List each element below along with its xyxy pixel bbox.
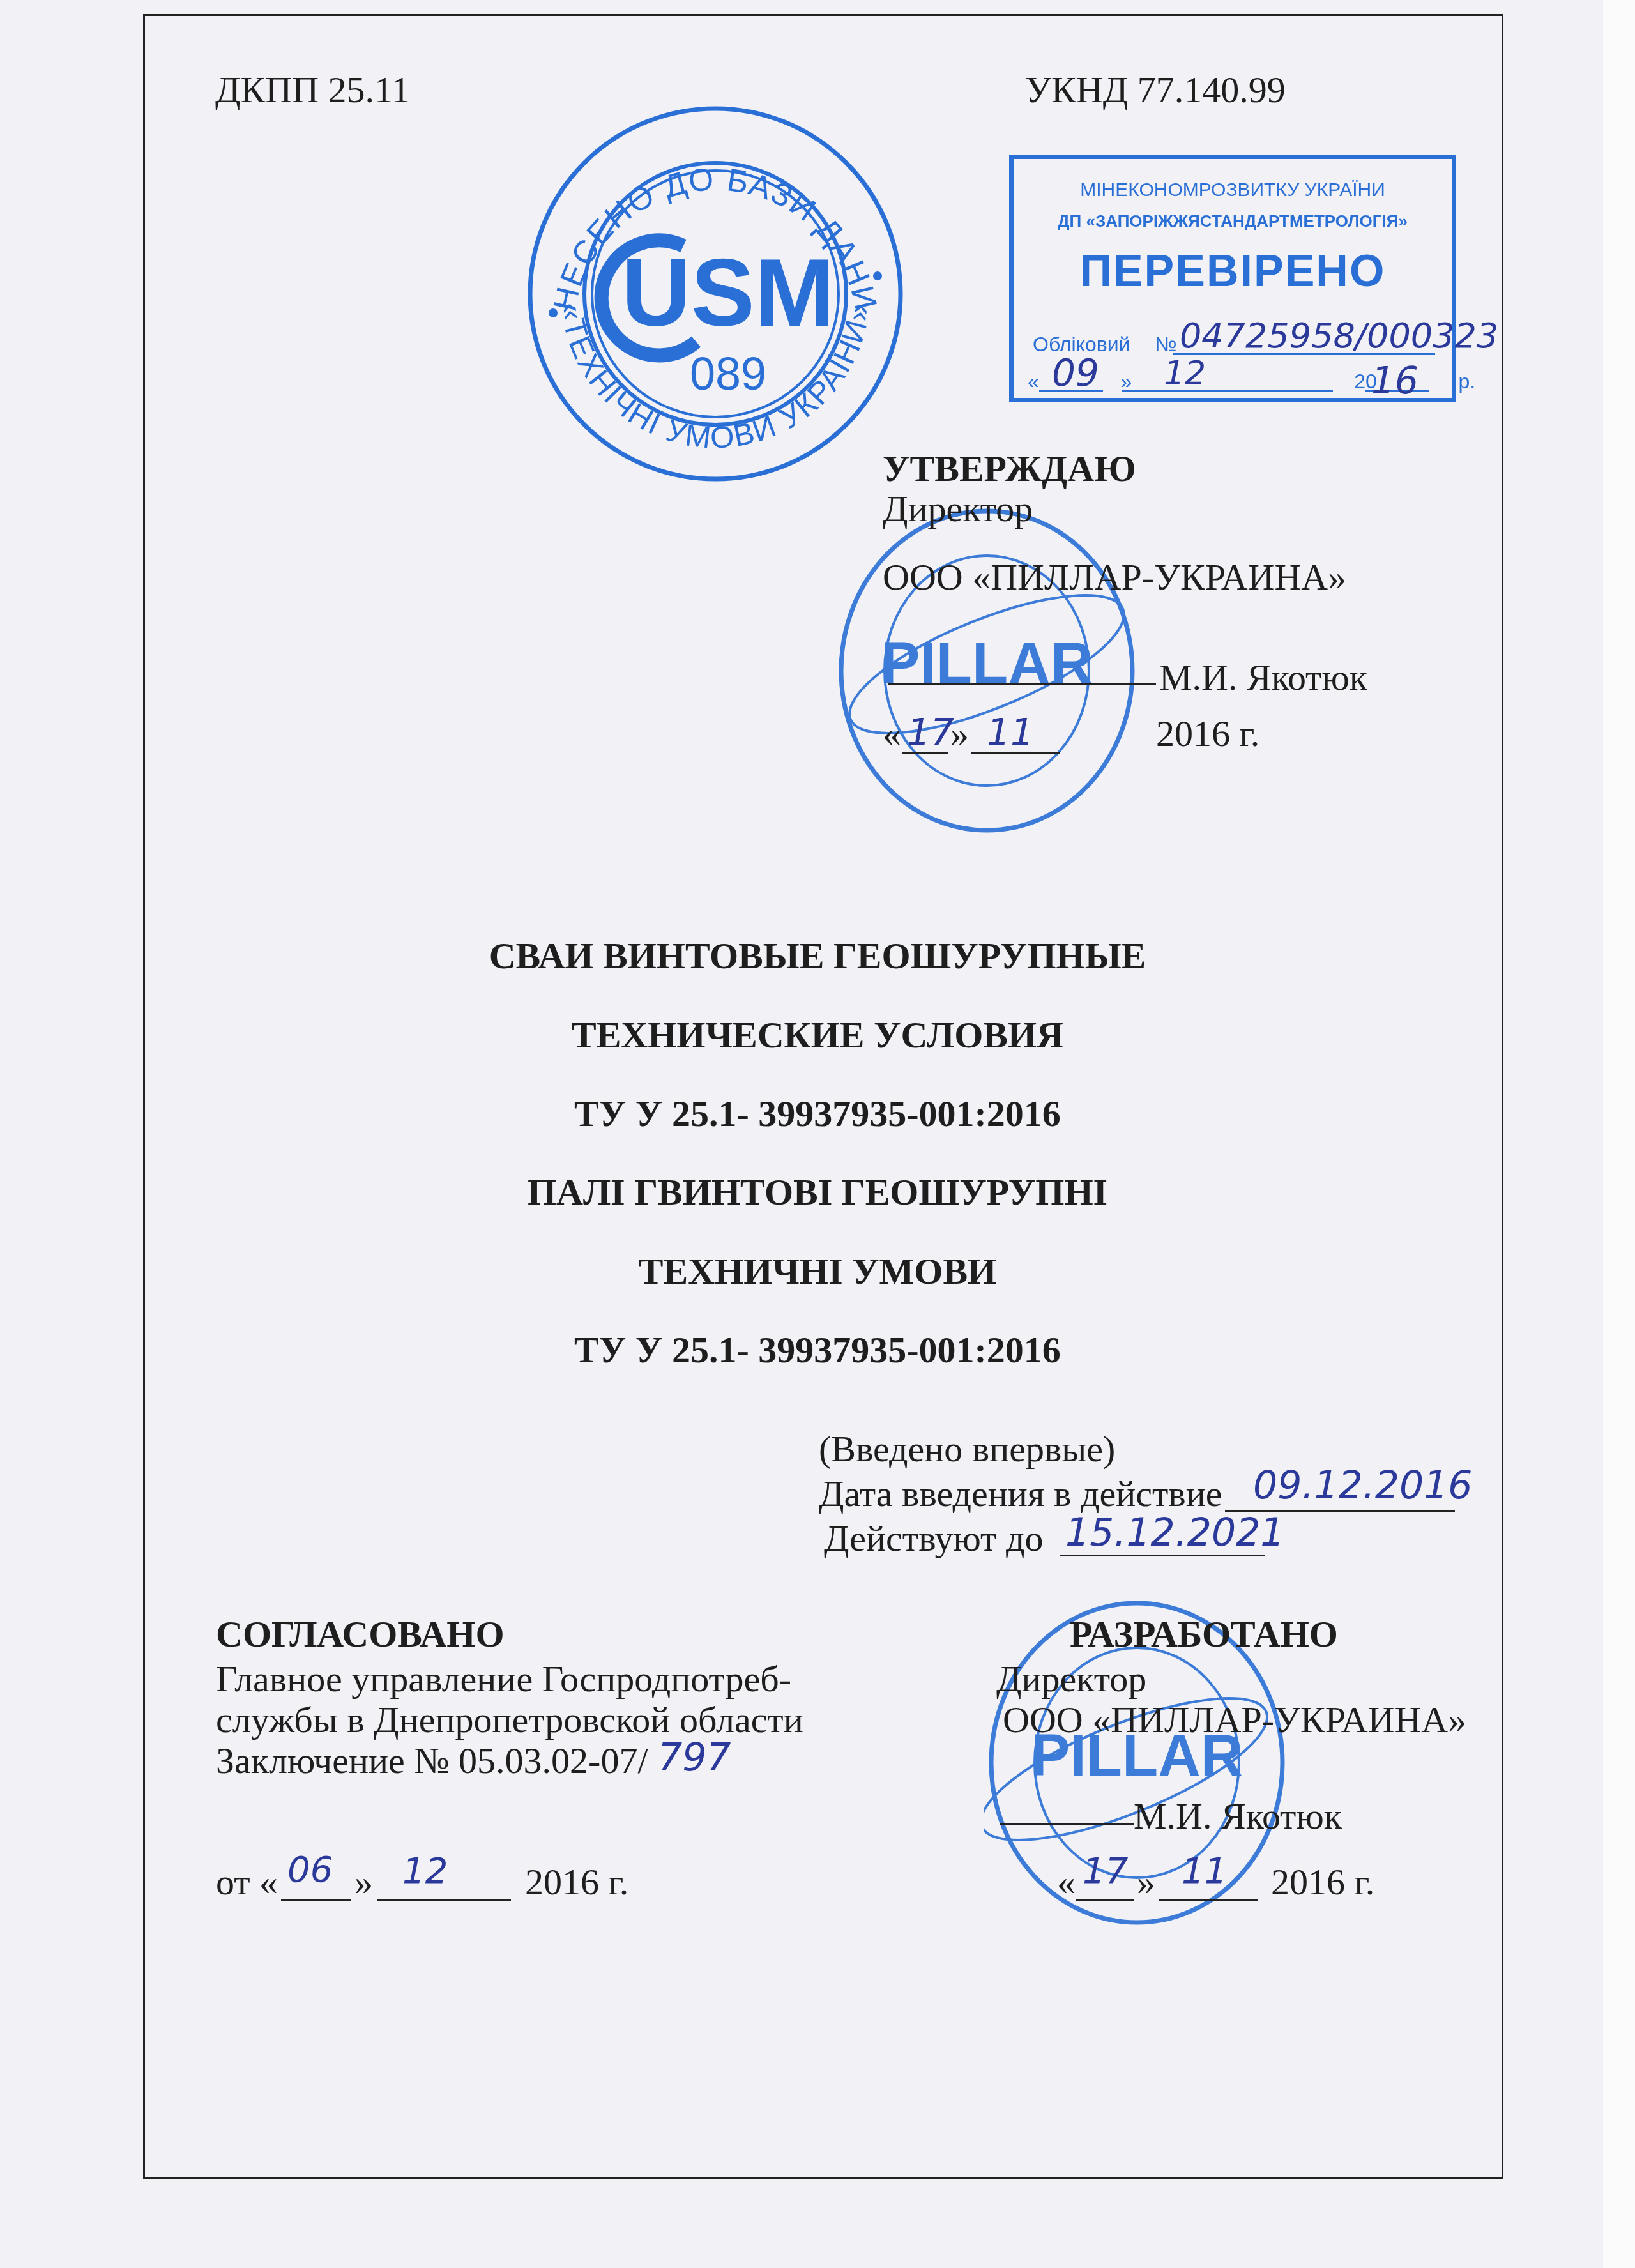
usm-database-stamp: ВНЕСЕНО ДО БАЗИ ДАНИХ «ТЕХНІЧНІ УМОВИ УК…	[524, 102, 907, 485]
stamp-day: 09	[1052, 354, 1099, 392]
stamp-account-number: 04725958/000323	[1180, 319, 1498, 353]
agreed-line-1: Главное управление Госпродпотреб-	[216, 1661, 791, 1698]
agreed-conclusion-label: Заключение № 05.03.02-07/	[216, 1742, 648, 1779]
agreed-year: 2016 г.	[525, 1864, 628, 1901]
developed-month: 11	[1182, 1853, 1227, 1889]
developed-company: ООО «ПИЛЛАР-УКРАИНА»	[1003, 1701, 1466, 1739]
scan-edge	[1603, 0, 1635, 2268]
agreed-month: 12	[402, 1853, 448, 1889]
approval-month: 11	[987, 714, 1034, 751]
approval-position: Директор	[883, 491, 1033, 528]
developed-signature-line	[1000, 1823, 1134, 1825]
stamp-date-close-quote: »	[1121, 370, 1132, 393]
stamp-date-open-quote: «	[1028, 370, 1039, 393]
developed-position: Директор	[996, 1661, 1146, 1698]
title-line-5: ТЕХНИЧНІ УМОВИ	[0, 1253, 1635, 1290]
approval-date-open-quote: «	[883, 715, 901, 752]
title-line-4: ПАЛІ ГВИНТОВІ ГЕОШУРУПНІ	[0, 1174, 1635, 1211]
approval-heading: УТВЕРЖДАЮ	[883, 450, 1136, 487]
approval-date-close-quote: »	[950, 715, 969, 752]
stamp-month-underline	[1122, 390, 1333, 392]
developed-month-underline	[1159, 1899, 1258, 1901]
approval-day: 17	[907, 714, 954, 751]
approval-signature-line	[888, 683, 1156, 685]
stamp-number-sign: №	[1155, 333, 1176, 356]
developed-year: 2016 г.	[1271, 1864, 1374, 1901]
usm-number: 089	[690, 349, 766, 400]
developed-heading: РАЗРАБОТАНО	[1070, 1616, 1338, 1653]
stamp-year-unit: р.	[1459, 370, 1476, 393]
approval-signatory: М.И. Якотюк	[1159, 659, 1367, 696]
usm-logo-text: USM	[621, 239, 834, 346]
agreed-heading: СОГЛАСОВАНО	[216, 1616, 505, 1653]
stamp-month: 12	[1164, 357, 1206, 390]
pillar-logo-text: PILLAR	[881, 631, 1093, 696]
agreed-conclusion-number: 797	[658, 1739, 731, 1777]
developed-day: 17	[1083, 1853, 1128, 1889]
agreed-month-underline	[377, 1899, 511, 1901]
effective-date-label: Дата введения в действие	[819, 1475, 1222, 1512]
uknd-code: УКНД 77.140.99	[1025, 72, 1286, 109]
effective-date-value: 09.12.2016	[1253, 1466, 1473, 1505]
introduced-note: (Введено впервые)	[819, 1431, 1115, 1468]
agreed-date-close-quote: »	[354, 1864, 373, 1901]
valid-until-label: Действуют до	[824, 1520, 1043, 1557]
title-line-6: ТУ У 25.1- 39937935-001:2016	[0, 1332, 1635, 1369]
stamp-year-suffix: 16	[1371, 362, 1418, 399]
verified-stamp: МІНЕКОНОМРОЗВИТКУ УКРАЇНИ ДП «ЗАПОРІЖЖЯС…	[1009, 155, 1456, 402]
developed-signatory: М.И. Якотюк	[1134, 1798, 1342, 1835]
stamp-organization: ДП «ЗАПОРІЖЖЯСТАНДАРТМЕТРОЛОГІЯ»	[1014, 213, 1452, 229]
title-line-3: ТУ У 25.1- 39937935-001:2016	[0, 1095, 1635, 1132]
agreed-from-label: от «	[216, 1864, 278, 1901]
agreed-day-underline	[281, 1899, 351, 1901]
developed-date-close-quote: »	[1137, 1864, 1155, 1901]
agreed-line-2: службы в Днепропетровской области	[216, 1701, 803, 1739]
dkpp-code: ДКПП 25.11	[215, 72, 410, 109]
developed-date-open-quote: «	[1057, 1864, 1076, 1901]
approval-company: ООО «ПИЛЛАР-УКРАИНА»	[883, 559, 1346, 596]
valid-until-value: 15.12.2021	[1065, 1514, 1285, 1552]
title-line-2: ТЕХНИЧЕСКИЕ УСЛОВИЯ	[0, 1017, 1635, 1054]
developed-day-underline	[1076, 1899, 1134, 1901]
title-line-1: СВАИ ВИНТОВЫЕ ГЕОШУРУПНЫЕ	[0, 938, 1635, 975]
pillar-company-seal-approval: PILLAR	[833, 505, 1140, 837]
stamp-ministry: МІНЕКОНОМРОЗВИТКУ УКРАЇНИ	[1014, 181, 1452, 200]
stamp-verified-label: ПЕРЕВІРЕНО	[1014, 248, 1452, 293]
approval-year: 2016 г.	[1156, 715, 1259, 752]
agreed-day: 06	[287, 1852, 333, 1888]
